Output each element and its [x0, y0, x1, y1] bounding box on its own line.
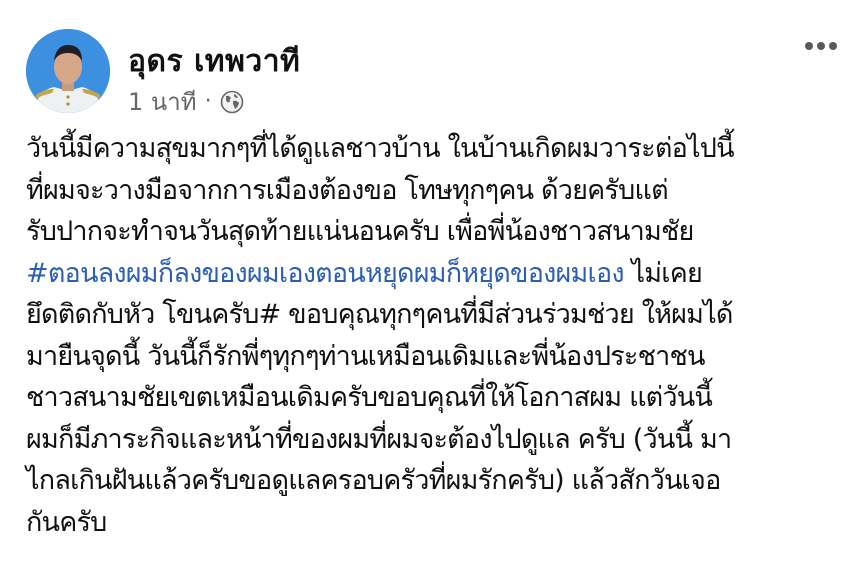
post-meta: 1 นาที · [128, 82, 244, 121]
post-line: ยึดติดกับหัว โขนครับ# ขอบคุณทุกๆคนที่มีส… [26, 294, 836, 336]
post-line: ที่ผมจะวางมือจากการเมืองต้องขอ โทษทุกๆคน… [26, 170, 836, 212]
facebook-post: อุดร เทพวาที 1 นาที · วันนี้มีความสุขมาก… [0, 0, 849, 586]
more-dot [829, 42, 837, 50]
post-line: ชาวสนามชัยเขตเหมือนเดิมครับขอบคุณที่ให้โ… [26, 377, 836, 419]
post-line: กันครับ [26, 502, 836, 544]
post-line: รับปากจะทำจนวันสุดท้ายแน่นอนครับ เพื่อพี… [26, 211, 836, 253]
post-line: ผมก็มีภาระกิจและหน้าที่ของผมที่ผมจะต้องไ… [26, 419, 836, 461]
more-horizontal-icon [805, 42, 813, 50]
post-body: วันนี้มีความสุขมากๆที่ได้ดูแลชาวบ้าน ในบ… [26, 128, 836, 543]
meta-separator: · [205, 89, 212, 114]
post-timestamp[interactable]: 1 นาที [128, 82, 197, 121]
profile-photo [26, 29, 110, 113]
avatar[interactable] [26, 29, 110, 113]
more-dot [817, 42, 825, 50]
globe-icon[interactable] [220, 90, 244, 114]
author-name[interactable]: อุดร เทพวาที [128, 38, 300, 85]
post-line-hashtag: #ตอนลงผมก็ลงของผมเองตอนหยุดผมก็หยุดของผม… [26, 253, 836, 295]
post-line: วันนี้มีความสุขมากๆที่ได้ดูแลชาวบ้าน ในบ… [26, 128, 836, 170]
more-options-button[interactable] [805, 42, 837, 50]
hashtag-tail-text: ไม่เคย [624, 258, 702, 289]
hashtag-link[interactable]: #ตอนลงผมก็ลงของผมเองตอนหยุดผมก็หยุดของผม… [26, 258, 624, 289]
post-line: มายืนจุดนี้ วันนี้ก็รักพี่ๆทุกๆท่านเหมือ… [26, 336, 836, 378]
post-line: ไกลเกินฝันแล้วครับขอดูแลครอบครัวที่ผมรัก… [26, 460, 836, 502]
